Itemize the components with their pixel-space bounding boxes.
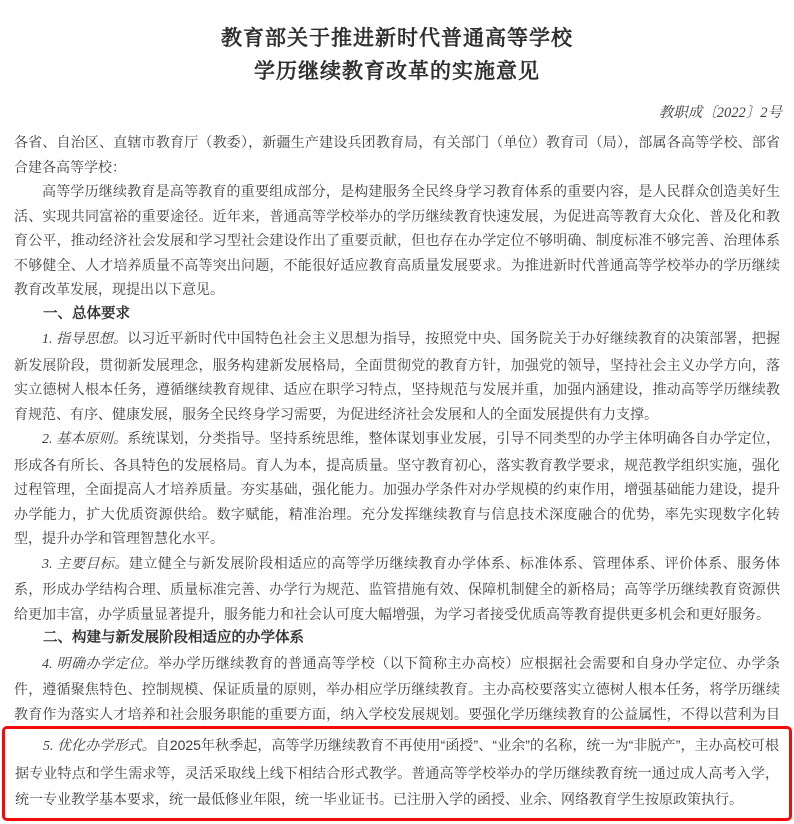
highlight-box: 5. 优化办学形式。自2025年秋季起，高等学历继续教育不再使用“函授”、“业余… <box>2 726 792 821</box>
salutation: 各省、自治区、直辖市教育厅（教委），新疆生产建设兵团教育局，有关部门（单位）教育… <box>14 130 780 179</box>
item-1-lead: 1. 指导思想。 <box>42 332 127 347</box>
document-number: 教职成〔2022〕2号 <box>0 103 794 123</box>
item-5-lead: 5. 优化办学形式。 <box>43 739 156 754</box>
intro-paragraph: 高等学历继续教育是高等教育的重要组成部分，是构建服务全民终身学习教育体系的重要内… <box>14 179 780 302</box>
item-3-lead: 3. 主要目标。 <box>42 557 129 572</box>
document-page: 教育部关于推进新时代普通高等学校 学历继续教育改革的实施意见 教职成〔2022〕… <box>0 0 794 824</box>
item-1-text: 以习近平新时代中国特色社会主义思想为指导，按照党中央、国务院关于办好继续教育的决… <box>14 330 780 422</box>
document-title-line-2: 学历继续教育改革的实施意见 <box>0 55 794 88</box>
document-title-line-1: 教育部关于推进新时代普通高等学校 <box>0 22 794 55</box>
item-3-text: 建立健全与新发展阶段相适应的高等学历继续教育办学体系、标准体系、管理体系、评价体… <box>14 555 780 622</box>
section-2-heading: 二、构建与新发展阶段相适应的办学体系 <box>14 626 780 651</box>
item-2-lead: 2. 基本原则。 <box>42 432 127 447</box>
item-2-basic-principles: 2. 基本原则。系统谋划，分类指导。坚持系统思维，整体谋划事业发展，引导不同类型… <box>14 426 780 551</box>
item-2-text: 系统谋划，分类指导。坚持系统思维，整体谋划事业发展，引导不同类型的办学主体明确各… <box>14 430 780 546</box>
item-4-lead: 4. 明确办学定位。 <box>42 657 158 672</box>
item-1-guiding-ideology: 1. 指导思想。以习近平新时代中国特色社会主义思想为指导，按照党中央、国务院关于… <box>14 326 780 426</box>
document-body: 各省、自治区、直辖市教育厅（教委），新疆生产建设兵团教育局，有关部门（单位）教育… <box>0 130 794 751</box>
section-1-heading: 一、总体要求 <box>14 302 780 327</box>
document-title: 教育部关于推进新时代普通高等学校 学历继续教育改革的实施意见 <box>0 22 794 88</box>
item-3-main-goals: 3. 主要目标。建立健全与新发展阶段相适应的高等学历继续教育办学体系、标准体系、… <box>14 551 780 627</box>
item-5-optimize-forms-highlighted: 5. 优化办学形式。自2025年秋季起，高等学历继续教育不再使用“函授”、“业余… <box>15 732 779 812</box>
